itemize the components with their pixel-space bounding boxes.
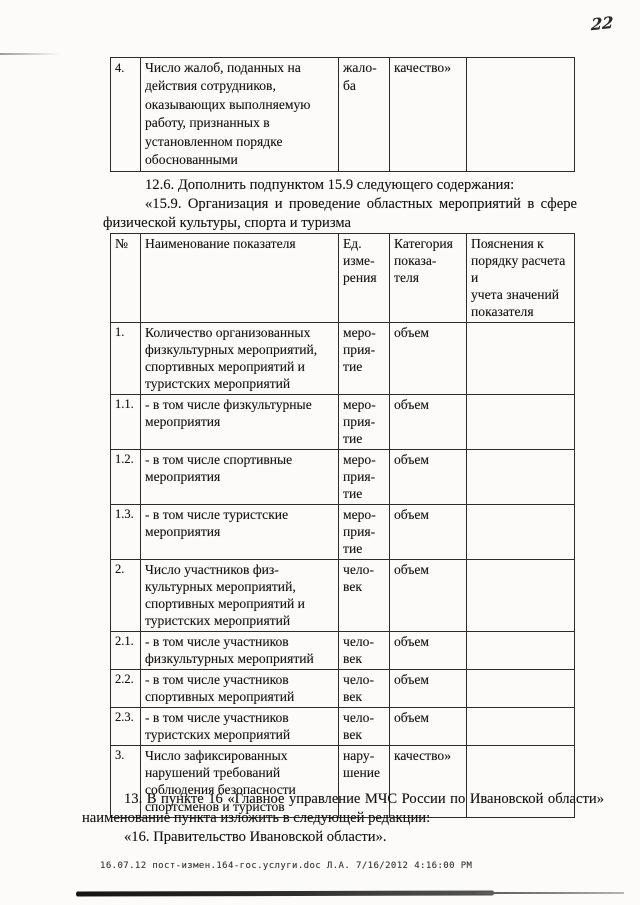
cell-number: 1.1. xyxy=(111,395,141,450)
document-footer-text: 16.07.12 пост-измен.164-гос.услуги.doc Л… xyxy=(100,861,472,871)
cell-category: объем xyxy=(390,670,467,708)
cell-explanation xyxy=(467,670,575,708)
cell-number: 1.3. xyxy=(111,505,141,560)
cell-explanation xyxy=(467,395,575,450)
table-row: 1.1. - в том числе физкультурные меропри… xyxy=(111,395,575,450)
cell-indicator: Количество организованных физкультурных … xyxy=(141,323,339,395)
cell-number: 1.2. xyxy=(111,450,141,505)
table-row: 4. Число жалоб, поданных на действия сот… xyxy=(111,58,575,172)
paragraph-16: «16. Правительство Ивановской области». xyxy=(82,828,604,847)
cell-indicator: Число участников физ-культурных мероприя… xyxy=(141,560,339,632)
cell-category: объем xyxy=(390,505,467,560)
cell-explanation xyxy=(467,505,575,560)
cell-unit: чело- век xyxy=(339,708,390,746)
table-header-row: № Наименование показателя Ед. изме- рени… xyxy=(111,234,575,323)
cell-category: объем xyxy=(390,323,467,395)
indicators-table: № Наименование показателя Ед. изме- рени… xyxy=(110,233,575,818)
cell-explanation xyxy=(467,708,575,746)
document-page: 22 4. Число жалоб, поданных на действия … xyxy=(0,0,640,905)
cell-category: объем xyxy=(390,560,467,632)
paragraph-13: 13. В пункте 16 «Главное управление МЧС … xyxy=(82,790,604,828)
cell-indicator: Число жалоб, поданных на действия сотруд… xyxy=(141,58,339,172)
paragraph-12-6: 12.6. Дополнить подпунктом 15.9 следующе… xyxy=(103,176,577,195)
cell-explanation xyxy=(467,323,575,395)
cell-explanation xyxy=(467,560,575,632)
table-row: 1.3. - в том числе туристские мероприяти… xyxy=(111,505,575,560)
cell-explanation xyxy=(467,632,575,670)
complaints-quality-table: 4. Число жалоб, поданных на действия сот… xyxy=(110,57,575,172)
paragraph-block-13: 13. В пункте 16 «Главное управление МЧС … xyxy=(82,790,604,847)
cell-indicator: - в том числе физкультурные мероприятия xyxy=(141,395,339,450)
header-number: № xyxy=(111,234,141,323)
cell-category: качество» xyxy=(390,58,467,172)
cell-category: объем xyxy=(390,450,467,505)
cell-unit: жало- ба xyxy=(339,58,390,172)
cell-number: 2.2. xyxy=(111,670,141,708)
paragraph-15-9: «15.9. Организация и проведение областны… xyxy=(103,195,577,233)
scan-artifact-bottom xyxy=(76,890,624,897)
cell-unit: меро- прия- тие xyxy=(339,395,390,450)
table-row: 2.3. - в том числе участников туристских… xyxy=(111,708,575,746)
table-row: 2.1. - в том числе участников физкультур… xyxy=(111,632,575,670)
scan-artifact-top xyxy=(0,53,60,55)
cell-indicator: - в том числе участников физкультурных м… xyxy=(141,632,339,670)
cell-category: объем xyxy=(390,708,467,746)
cell-indicator: - в том числе туристские мероприятия xyxy=(141,505,339,560)
cell-category: объем xyxy=(390,395,467,450)
cell-explanation xyxy=(467,58,575,172)
table-row: 2.2. - в том числе участников спортивных… xyxy=(111,670,575,708)
table-row: 1. Количество организованных физкультурн… xyxy=(111,323,575,395)
cell-unit: меро- прия- тие xyxy=(339,450,390,505)
table-row: 1.2. - в том числе спортивные мероприяти… xyxy=(111,450,575,505)
cell-explanation xyxy=(467,450,575,505)
handwritten-page-number: 22 xyxy=(591,13,614,35)
header-unit: Ед. изме- рения xyxy=(339,234,390,323)
cell-indicator: - в том числе участников спортивных меро… xyxy=(141,670,339,708)
scan-smudge-dark xyxy=(76,890,494,896)
cell-unit: чело- век xyxy=(339,670,390,708)
header-explanation: Пояснения к порядку расчета и учета знач… xyxy=(467,234,575,323)
cell-number: 2.1. xyxy=(111,632,141,670)
cell-number: 2. xyxy=(111,560,141,632)
cell-indicator: - в том числе спортивные мероприятия xyxy=(141,450,339,505)
scan-smudge-light xyxy=(476,892,624,894)
cell-number: 2.3. xyxy=(111,708,141,746)
paragraph-block-126: 12.6. Дополнить подпунктом 15.9 следующе… xyxy=(103,176,577,233)
cell-number: 4. xyxy=(111,58,141,172)
cell-unit: чело- век xyxy=(339,632,390,670)
cell-category: объем xyxy=(390,632,467,670)
table-row: 2. Число участников физ-культурных мероп… xyxy=(111,560,575,632)
cell-unit: меро- прия- тие xyxy=(339,323,390,395)
header-category: Категория показа- теля xyxy=(390,234,467,323)
cell-unit: чело- век xyxy=(339,560,390,632)
cell-unit: меро- прия- тие xyxy=(339,505,390,560)
header-indicator: Наименование показателя xyxy=(141,234,339,323)
cell-number: 1. xyxy=(111,323,141,395)
cell-indicator: - в том числе участников туристских меро… xyxy=(141,708,339,746)
